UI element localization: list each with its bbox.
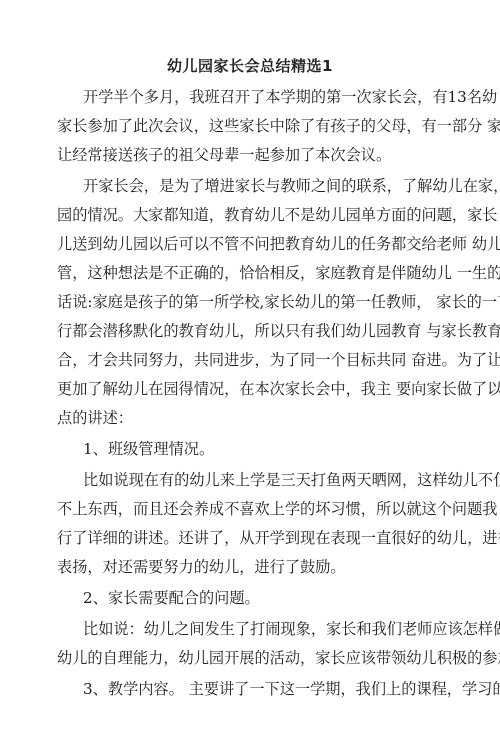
text-line: 合，才会共同努力，共同进步，为了同一个目标共同 奋进。为了让家长 [57,350,447,370]
document-title: 幼儿园家长会总结精选1 [0,55,500,76]
text-line: 儿送到幼儿园以后可以不管不问把教育幼儿的任务都交给老师 幼儿园去 [57,234,447,254]
text-line: 1、班级管理情况。 [83,439,447,459]
text-line: 园的情况。大家都知道，教育幼儿不是幼儿园单方面的问题，家长 把幼 [57,205,447,225]
text-line: 让经常接送孩子的祖父母辈一起参加了本次会议。 [57,145,447,165]
text-line: 话说:家庭是孩子的第一所学校,家长幼儿的第一任教师， 家长的一言一 [57,292,447,312]
text-line: 更加了解幼儿在园得情况，在本次家长会中，我主 要向家长做了以下几 [57,379,447,399]
text-line: 行都会潜移默化的教育幼儿，所以只有我们幼儿园教育 与家长教育相结 [57,321,447,341]
text-line: 不上东西，而且还会养成不喜欢上学的坏习惯，所以就这个问题我 们进 [57,499,447,519]
text-line: 管，这种想法是不正确的，恰恰相反，家庭教育是伴随幼儿 一生的，俗 [57,263,447,283]
text-line: 3、教学内容。 主要讲了一下这一学期，我们上的课程，学习的东 [83,679,447,699]
text-line: 2、家长需要配合的问题。 [83,588,447,608]
text-line: 比如说：幼儿之间发生了打闹现象，家长和我们老师应该怎样做， [83,619,447,639]
text-line: 比如说现在有的幼儿来上学是三天打鱼两天晒网，这样幼儿不仅 学 [83,470,447,490]
text-line: 开家长会，是为了增进家长与教师之间的联系，了解幼儿在家， 在 [83,176,447,196]
text-line: 表扬，对还需要努力的幼儿，进行了鼓励。 [57,557,447,577]
text-line: 开学半个多月，我班召开了本学期的第一次家长会，有13名幼 儿的 [83,87,447,107]
text-line: 点的讲述： [57,408,447,428]
text-line: 家长参加了此次会议，这些家长中除了有孩子的父母，有一部分 家庭还 [57,116,447,136]
text-line: 幼儿的自理能力，幼儿园开展的活动，家长应该带领幼儿积极的参加。 [57,648,447,668]
document-page: 幼儿园家长会总结精选1 开学半个多月，我班召开了本学期的第一次家长会，有13名幼… [0,0,500,739]
text-line: 行了详细的讲述。还讲了，从开学到现在表现一直很好的幼儿，进行了 [57,528,447,548]
